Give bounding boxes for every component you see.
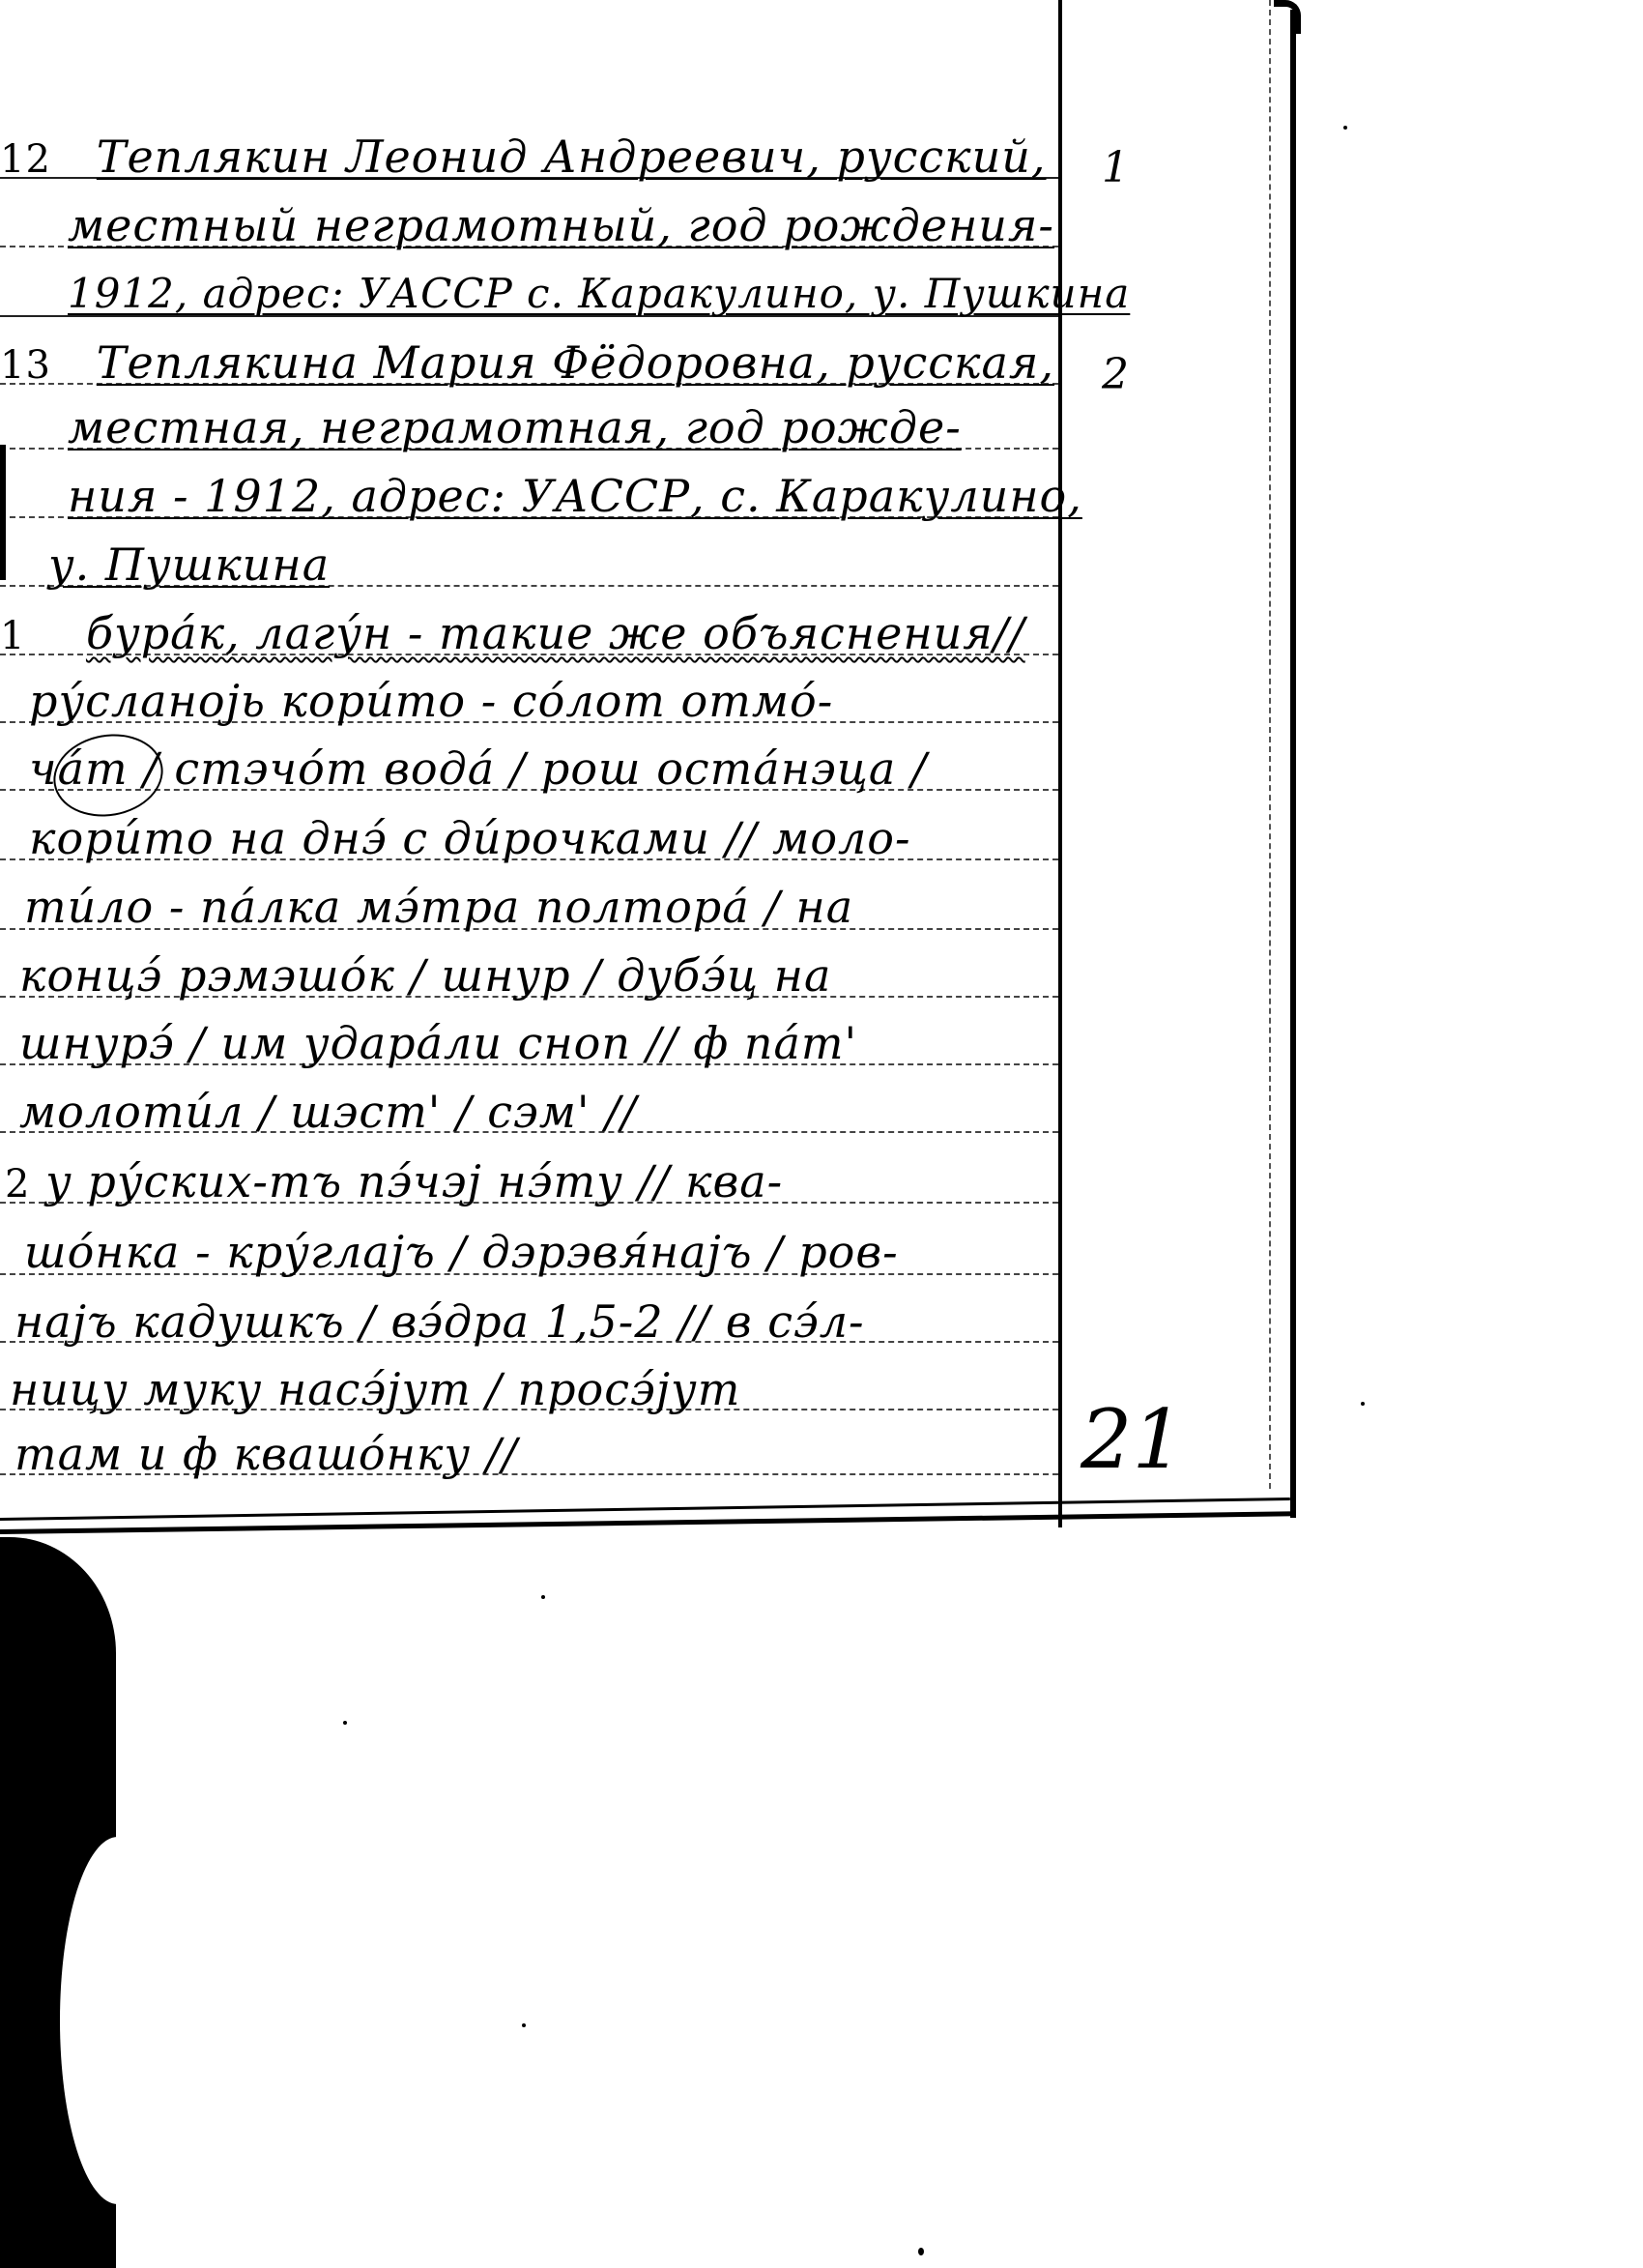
notebook-page: 12 Теплякин Леонид Андреевич, русский, м… (0, 0, 1295, 1537)
entry-1-line-6: концэ́ рэмэшо́к / шнур / дубэ́ц на (19, 946, 831, 1004)
informant-13-line-2: местная, неграмотная, год рожде- (68, 398, 962, 456)
entry-number: 1 (0, 607, 25, 665)
informant-13-line-4: у. Пушкина (48, 536, 330, 594)
entry-number: 2 (5, 1155, 30, 1213)
page-fold-line (1269, 0, 1271, 1489)
informant-number: 13 (0, 336, 51, 394)
page-number: 21 (1081, 1392, 1184, 1487)
entry-1-line-3: ча́т / стэчо́т вода́ / рош оста́нэца / (29, 740, 927, 798)
entry-1-line-8: молоти́л / шэст' / сэм' // (19, 1083, 637, 1141)
informant-number: 12 (0, 131, 51, 189)
scan-speck (541, 1595, 545, 1599)
scan-speck (918, 2248, 924, 2255)
entry-1-line-4: кори́то на днэ́ с ди́рочками // моло- (29, 809, 911, 867)
scan-speck (343, 1721, 347, 1725)
informant-12-line-2: местный неграмотный, год рождения- (68, 196, 1054, 254)
entry-1-line-7: шнурэ́ / им удара́ли сноп // ф па́т' (19, 1014, 857, 1072)
margin-mark-1: 1 (1102, 143, 1129, 192)
informant-13-line-1: 13 Теплякина Мария Фёдоровна, русская, (0, 334, 1054, 394)
informant-12-line-3: 1912, адрес: УАССР с. Каракулино, у. Пуш… (68, 265, 1130, 323)
page-corner (1274, 0, 1301, 34)
margin-bracket (0, 445, 6, 580)
entry-2-line-2: шо́нка - кру́глаjъ / дэрэвя́наjъ / ров- (24, 1223, 899, 1281)
column-divider (1058, 0, 1062, 1527)
margin-mark-2: 2 (1102, 350, 1129, 399)
scan-speck (1361, 1402, 1365, 1406)
entry-1-line-5: ти́ло - па́лка мэ́тра полтора́ / на (24, 878, 853, 936)
page-edge-right (1290, 10, 1296, 1518)
entry-2-line-4: ницу муку насэ́jут / просэ́jут (10, 1360, 740, 1418)
scan-speck (522, 2023, 526, 2027)
informant-13-line-3: ния - 1912, адрес: УАССР, с. Каракулино, (68, 467, 1082, 525)
entry-2-line-5: там и ф квашо́нку // (14, 1425, 518, 1483)
entry-2-line-1: 2 у ру́ских-тъ пэ́чэj нэ́ту // ква- (5, 1152, 783, 1213)
entry-1-line-1: 1 бура́к, лагу́н - такие же объяснения// (0, 604, 1025, 665)
informant-12-line-1: 12 Теплякин Леонид Андреевич, русский, (0, 128, 1047, 189)
scan-speck (1343, 126, 1347, 130)
entry-1-line-2: ру́сланоjь кори́то - со́лот отмо́- (29, 672, 833, 730)
entry-2-line-3: наjъ кадушкъ / вэ́дра 1,5-2 // в сэ́л- (14, 1293, 865, 1351)
